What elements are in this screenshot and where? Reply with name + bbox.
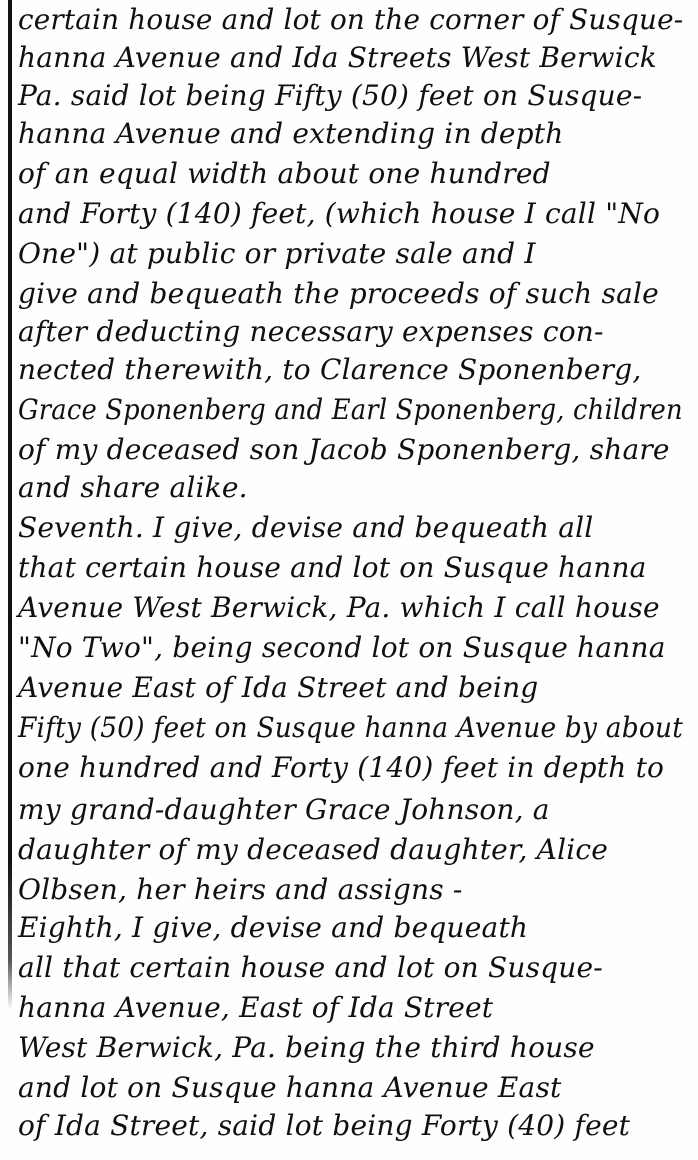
- left-margin-rule: [8, 0, 12, 1010]
- document-page: certain house and lot on the corner of S…: [0, 0, 698, 1160]
- text-line-14: Seventh. I give, devise and bequeath all: [18, 510, 593, 546]
- text-line-1: certain house and lot on the corner of S…: [18, 2, 683, 38]
- text-line-29: of Ida Street, said lot being Forty (40)…: [18, 1108, 630, 1144]
- text-line-23: Olbsen, her heirs and assigns -: [18, 872, 463, 908]
- text-line-28: and lot on Susque hanna Avenue East: [18, 1070, 561, 1106]
- text-line-21: my grand-daughter Grace Johnson, a: [18, 792, 550, 828]
- text-line-4: hanna Avenue and extending in depth: [18, 116, 564, 152]
- text-line-11: Grace Sponenberg and Earl Sponenberg, ch…: [18, 392, 683, 428]
- text-line-20: one hundred and Forty (140) feet in dept…: [18, 750, 664, 786]
- text-line-10: nected therewith, to Clarence Sponenberg…: [18, 352, 641, 388]
- text-line-26: hanna Avenue, East of Ida Street: [18, 990, 493, 1026]
- text-line-13: and share alike.: [18, 470, 248, 506]
- text-line-25: all that certain house and lot on Susque…: [18, 950, 603, 986]
- text-line-24: Eighth, I give, devise and bequeath: [18, 910, 528, 946]
- text-line-12: of my deceased son Jacob Sponenberg, sha…: [18, 432, 670, 468]
- text-line-7: One") at public or private sale and I: [18, 236, 536, 272]
- text-line-2: hanna Avenue and Ida Streets West Berwic…: [18, 40, 657, 76]
- text-line-27: West Berwick, Pa. being the third house: [18, 1030, 595, 1066]
- text-line-15: that certain house and lot on Susque han…: [18, 550, 647, 586]
- text-line-16: Avenue West Berwick, Pa. which I call ho…: [18, 590, 660, 626]
- text-line-17: "No Two", being second lot on Susque han…: [18, 630, 666, 666]
- text-line-22: daughter of my deceased daughter, Alice: [18, 832, 608, 868]
- text-line-5: of an equal width about one hundred: [18, 156, 551, 192]
- text-line-3: Pa. said lot being Fifty (50) feet on Su…: [18, 78, 642, 114]
- text-line-18: Avenue East of Ida Street and being: [18, 670, 538, 706]
- text-line-9: after deducting necessary expenses con-: [18, 314, 604, 350]
- text-line-8: give and bequeath the proceeds of such s…: [18, 276, 659, 312]
- text-line-19: Fifty (50) feet on Susque hanna Avenue b…: [18, 710, 683, 746]
- text-line-6: and Forty (140) feet, (which house I cal…: [18, 196, 660, 232]
